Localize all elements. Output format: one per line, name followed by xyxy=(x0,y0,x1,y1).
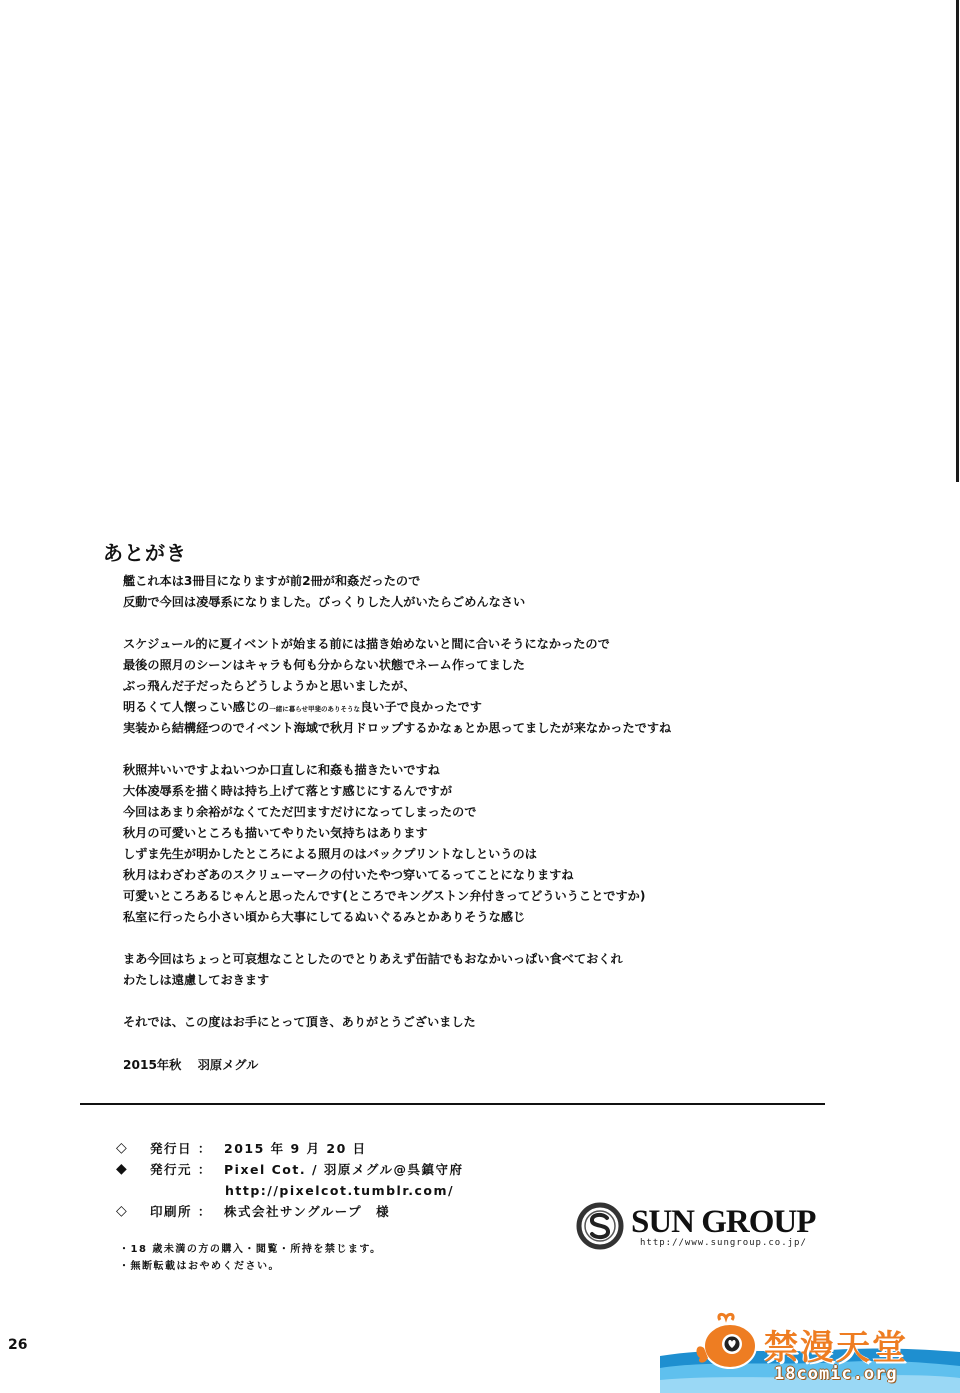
afterword-body: 艦これ本は3冊目になりますが前2冊が和姦だったので 反動で今回は凌辱系になりまし… xyxy=(123,571,883,1054)
afterword-heading: あとがき xyxy=(103,537,187,566)
colophon-label: 印刷所 ： xyxy=(150,1201,212,1222)
publisher-url-link[interactable]: http://pixelcot.tumblr.com/ xyxy=(225,1180,454,1201)
sun-group-url[interactable]: http://www.sungroup.co.jp/ xyxy=(640,1238,807,1248)
afterword-paragraph-2: スケジュール的に夏イベントが始まる前には描き始めないと間に合いそうになかったので… xyxy=(123,634,883,739)
afterword-line: 艦これ本は3冊目になりますが前2冊が和姦だったので xyxy=(123,571,883,592)
afterword-small-aside: 一緒に暮らせ甲斐のありそうな xyxy=(269,705,360,713)
afterword-signature: 2015年秋 羽原メグル xyxy=(123,1056,258,1073)
afterword-line: 反動で今回は凌辱系になりました。びっくりした人がいたらごめんなさい xyxy=(123,592,883,613)
afterword-line: ぶっ飛んだ子だったらどうしようかと思いましたが、 xyxy=(123,676,883,697)
legal-note: ・無断転載はおやめください。 xyxy=(119,1258,382,1275)
page-number: 26 xyxy=(8,1337,27,1353)
afterword-line: 大体凌辱系を描く時は持ち上げて落とす感じにするんですが xyxy=(123,781,883,802)
afterword-line: わたしは遠慮しておきます xyxy=(123,970,883,991)
colophon-value: 2015 年 9 月 20 日 xyxy=(224,1138,367,1159)
afterword-text: 良い子で良かったです xyxy=(360,700,482,714)
afterword-line: 私室に行ったら小さい頃から大事にしてるぬいぐるみとかありそうな感じ xyxy=(123,907,883,928)
afterword-line: 秋月はわざわざあのスクリューマークの付いたやつ穿いてるってことになりますね xyxy=(123,865,883,886)
legal-note: ・18 歳未満の方の購入・閲覧・所持を禁じます。 xyxy=(119,1241,382,1258)
afterword-line: 可愛いところあるじゃんと思ったんです(ところでキングストン弁付きってどういうこと… xyxy=(123,886,883,907)
colophon-value: Pixel Cot. / 羽原メグル@呉鎮守府 xyxy=(224,1159,464,1180)
afterword-paragraph-3: 秋照丼いいですよねいつか口直しに和姦も描きたいですね 大体凌辱系を描く時は持ち上… xyxy=(123,760,883,928)
site-watermark: 禁漫天堂 18comic.org xyxy=(660,1306,960,1393)
colophon-label: 発行日 ： xyxy=(150,1138,212,1159)
afterword-line: 今回はあまり余裕がなくてただ凹ますだけになってしまったので xyxy=(123,802,883,823)
section-divider xyxy=(80,1103,825,1105)
sun-group-name: SUN GROUP xyxy=(631,1205,815,1239)
hollow-diamond-icon: ◇ xyxy=(116,1138,136,1159)
afterword-line: しずま先生が明かしたところによる照月のはバックプリントなしというのは xyxy=(123,844,883,865)
afterword-line: まあ今回はちょっと可哀想なことしたのでとりあえず缶詰でもおなかいっぱい食べておく… xyxy=(123,949,883,970)
sun-group-logo: SUN GROUP http://www.sungroup.co.jp/ xyxy=(576,1201,826,1253)
hollow-diamond-icon: ◇ xyxy=(116,1201,136,1222)
watermark-title: 禁漫天堂 xyxy=(764,1320,908,1369)
afterword-line: スケジュール的に夏イベントが始まる前には描き始めないと間に合いそうになかったので xyxy=(123,634,883,655)
sun-group-emblem-icon xyxy=(576,1202,624,1250)
afterword-paragraph-5: それでは、この度はお手にとって頂き、ありがとうございました xyxy=(123,1012,883,1033)
afterword-paragraph-1: 艦これ本は3冊目になりますが前2冊が和姦だったので 反動で今回は凌辱系になりまし… xyxy=(123,571,883,613)
filled-diamond-icon: ◆ xyxy=(116,1159,136,1180)
afterword-line-mixed: 明るくて人懐っこい感じの一緒に暮らせ甲斐のありそうな良い子で良かったです xyxy=(123,697,883,718)
colophon-label: 発行元 ： xyxy=(150,1159,212,1180)
afterword-line: 秋照丼いいですよねいつか口直しに和姦も描きたいですね xyxy=(123,760,883,781)
afterword-text: 明るくて人懐っこい感じの xyxy=(123,700,269,714)
legal-notes: ・18 歳未満の方の購入・閲覧・所持を禁じます。 ・無断転載はおやめください。 xyxy=(119,1241,382,1275)
afterword-line: 実装から結構経つのでイベント海域で秋月ドロップするかなぁとか思ってましたが来なか… xyxy=(123,718,883,739)
afterword-paragraph-4: まあ今回はちょっと可哀想なことしたのでとりあえず缶詰でもおなかいっぱい食べておく… xyxy=(123,949,883,991)
afterword-line: 秋月の可愛いところも描いてやりたい気持ちはあります xyxy=(123,823,883,844)
afterword-line: それでは、この度はお手にとって頂き、ありがとうございました xyxy=(123,1012,883,1033)
page-edge-line xyxy=(956,0,959,482)
colophon-value: 株式会社サングループ 様 xyxy=(224,1201,390,1222)
whale-mascot-icon xyxy=(694,1312,762,1374)
watermark-url[interactable]: 18comic.org xyxy=(774,1364,898,1384)
afterword-line: 最後の照月のシーンはキャラも何も分からない状態でネーム作ってました xyxy=(123,655,883,676)
